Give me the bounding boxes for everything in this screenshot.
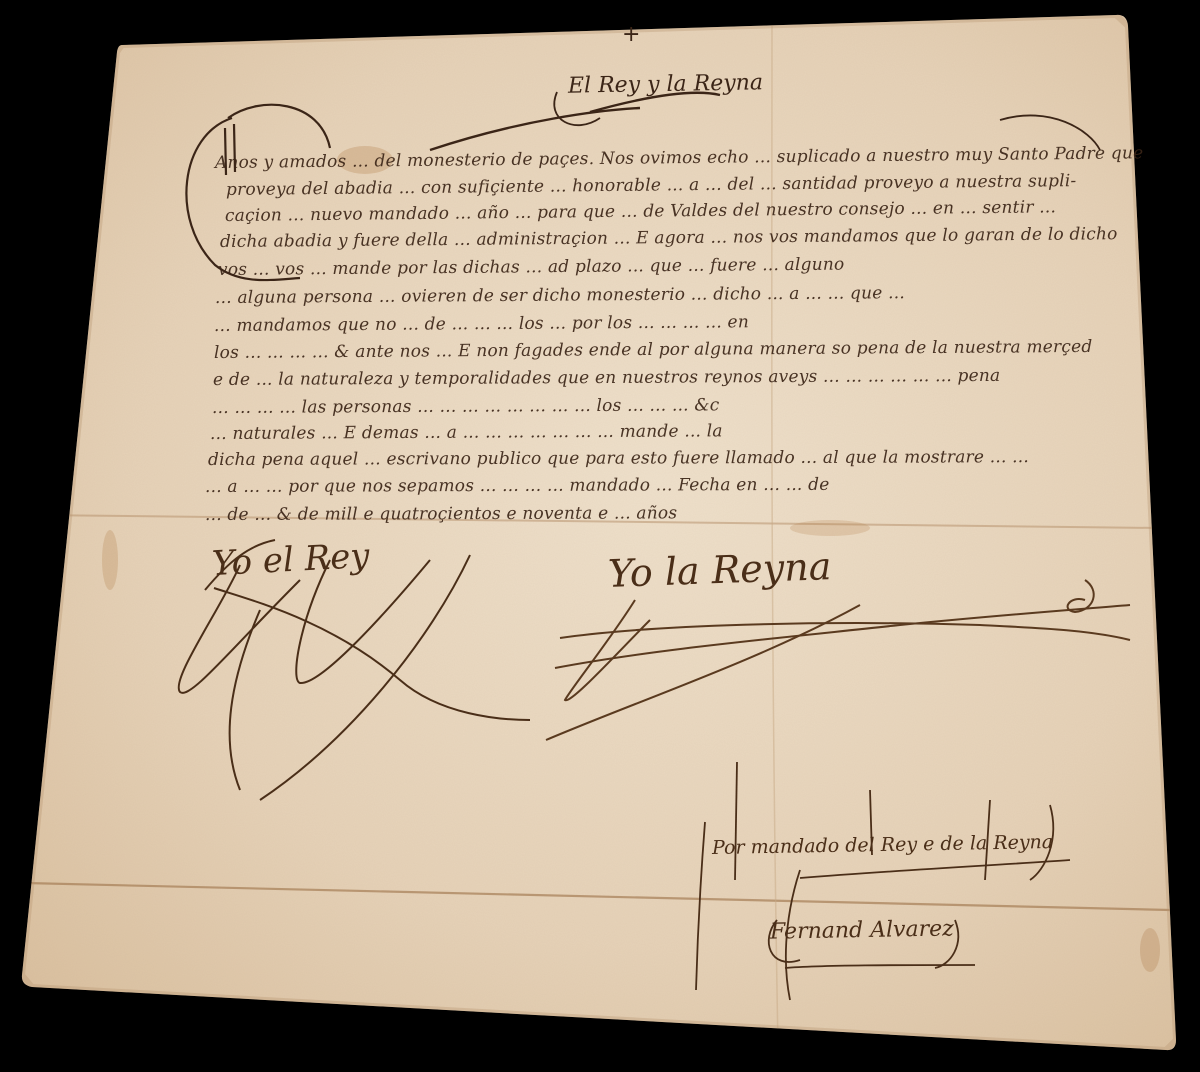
body-line: e de ... la naturaleza y temporalidades … bbox=[213, 366, 1000, 390]
body-line: ... ... ... ... las personas ... ... ...… bbox=[212, 395, 720, 418]
invocation-cross: + bbox=[622, 22, 640, 47]
photo-background: + El Rey y la Reyna Anos y amados ... de… bbox=[0, 0, 1200, 1072]
body-line: dicha pena aquel ... escrivano publico q… bbox=[208, 447, 1029, 470]
body-line: ... a ... ... por que nos sepamos ... ..… bbox=[205, 475, 830, 497]
heading-el-rey-y-la-reyna: El Rey y la Reyna bbox=[568, 70, 763, 98]
signature-yo-la-reyna: Yo la Reyna bbox=[607, 544, 832, 596]
signature-yo-el-rey: Yo el Rey bbox=[211, 536, 370, 584]
secretary-signature: Fernand Alvarez bbox=[770, 916, 954, 944]
body-line: ... mandamos que no ... de ... ... ... l… bbox=[214, 312, 749, 336]
body-line: ... de ... & de mill e quatroçientos e n… bbox=[205, 503, 677, 525]
body-line: ... naturales ... E demas ... a ... ... … bbox=[210, 421, 723, 444]
